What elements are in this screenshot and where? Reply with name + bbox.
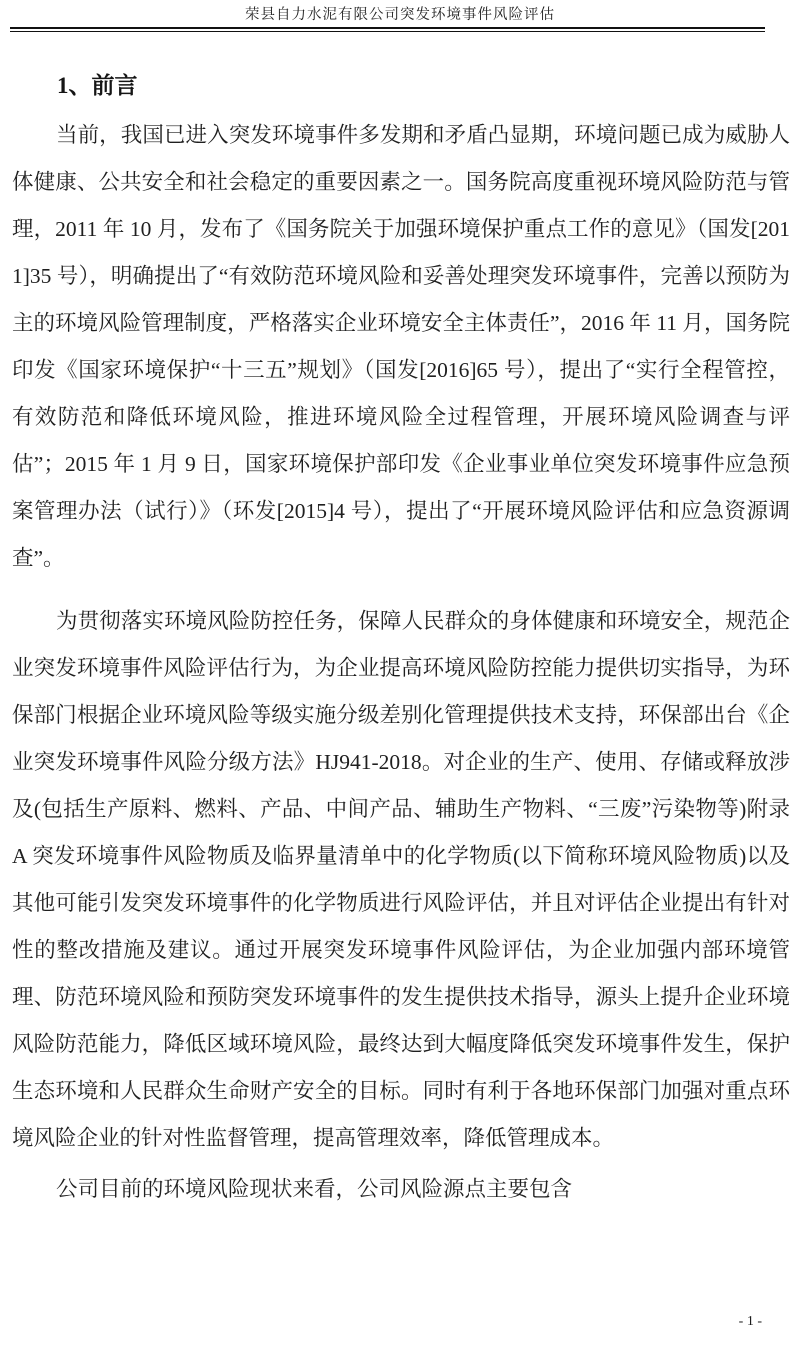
header-rule-thick [10, 27, 765, 32]
paragraph-1: 当前，我国已进入突发环境事件多发期和矛盾凸显期，环境问题已成为威胁人体健康、公共… [12, 112, 790, 582]
paragraph-2: 为贯彻落实环境风险防控任务，保障人民群众的身体健康和环境安全，规范企业突发环境事… [12, 598, 790, 1162]
header-rule-thin [10, 31, 765, 32]
header-running-title: 荣县自力水泥有限公司突发环境事件风险评估 [0, 6, 800, 24]
page-header: 荣县自力水泥有限公司突发环境事件风险评估 [0, 0, 800, 32]
paragraph-3: 公司目前的环境风险现状来看，公司风险源点主要包含 [12, 1166, 790, 1213]
page-number: - 1 - [739, 1314, 762, 1329]
document-page: 荣县自力水泥有限公司突发环境事件风险评估 1、前言 当前，我国已进入突发环境事件… [0, 0, 800, 1354]
document-body: 1、前言 当前，我国已进入突发环境事件多发期和矛盾凸显期，环境问题已成为威胁人体… [0, 72, 800, 1213]
section-heading: 1、前言 [57, 72, 790, 100]
page-footer: - 1 - [739, 1314, 762, 1330]
